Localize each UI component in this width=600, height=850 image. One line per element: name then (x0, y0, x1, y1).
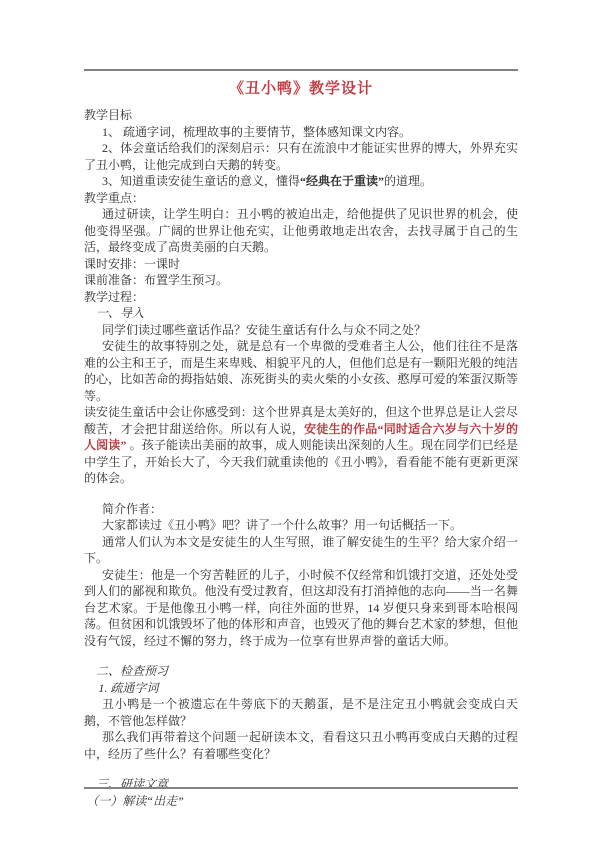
page-bottom-rule (84, 787, 518, 789)
paragraph: 简介作者： (84, 501, 518, 518)
paragraph: 安徒生：他是一个穷苦鞋匠的儿子，小时候不仅经常和饥饿打交道，还处处受到人们的鄙视… (84, 567, 518, 650)
document-title: 《丑小鸭》教学设计 (84, 79, 518, 99)
text-segment: （一）解读“出走” (86, 794, 183, 808)
paragraph: 课时安排：一课时 (84, 256, 518, 273)
paragraph: 教学过程： (84, 289, 518, 306)
text-segment: 简介作者： (102, 502, 162, 516)
text-segment: 大家都读过《丑小鸭》吧？讲了一个什么故事？用一句话概括一下。 (102, 518, 462, 532)
document-page: 《丑小鸭》教学设计 教学目标1、 疏通字词，梳理故事的主要情节，整体感知课文内容… (0, 0, 600, 850)
text-segment: 3、知道重读安徒生童话的意义，懂得 (102, 174, 300, 188)
paragraph: 同学们读过哪些童话作品？安徒生童话有什么与众不同之处？ (84, 322, 518, 339)
paragraph: 二、检查预习 (84, 663, 518, 680)
paragraph: 1、 疏通字词，梳理故事的主要情节，整体感知课文内容。 (84, 124, 518, 141)
paragraph: 安徒生的故事特别之处，就是总有一个卑微的受难者主人公，他们往往不是落难的公主和王… (84, 338, 518, 404)
text-segment: 课前准备：布置学生预习。 (84, 273, 228, 287)
paragraph: 3、知道重读安徒生童话的意义，懂得“经典在于重读”的道理。 (84, 173, 518, 190)
paragraph: 大家都读过《丑小鸭》吧？讲了一个什么故事？用一句话概括一下。 (84, 517, 518, 534)
paragraph: （一）解读“出走” (84, 793, 518, 810)
text-segment: 1、 疏通字词，梳理故事的主要情节，整体感知课文内容。 (102, 125, 411, 139)
text-segment: 。孩子能读出美丽的故事，成人则能读出深刻的人生。现在同学们已经是中学生了，开始长… (84, 438, 518, 485)
text-segment: 安徒生：他是一个穷苦鞋匠的儿子，小时候不仅经常和饥饿打交道，还处处受到人们的鄙视… (84, 568, 518, 648)
paragraph: 丑小鸭是一个被遗忘在牛蒡底下的天鹅蛋，是不是注定丑小鸭就会变成白天鹅，不管他怎样… (84, 696, 518, 729)
text-segment: 教学过程： (84, 290, 144, 304)
paragraph: 教学目标 (84, 107, 518, 124)
paragraph-gap (84, 487, 518, 501)
document-content: 《丑小鸭》教学设计 教学目标1、 疏通字词，梳理故事的主要情节，整体感知课文内容… (84, 79, 518, 809)
paragraph: 一、导入 (84, 305, 518, 322)
text-segment: 课时安排：一课时 (84, 257, 180, 271)
text-segment: 丑小鸭是一个被遗忘在牛蒡底下的天鹅蛋，是不是注定丑小鸭就会变成白天鹅，不管他怎样… (84, 697, 518, 728)
text-segment: 的道理。 (384, 174, 432, 188)
paragraph: 通过研读，让学生明白：丑小鸭的被迫出走，给他提供了见识世界的机会，使他变得坚强。… (84, 206, 518, 256)
text-segment: “经典在于重读” (300, 174, 384, 188)
text-segment: 教学目标 (84, 108, 132, 122)
paragraph: 那么我们再带着这个问题一起研读本文，看看这只丑小鸭再变成白天鹅的过程中，经历了些… (84, 729, 518, 762)
document-body: 教学目标1、 疏通字词，梳理故事的主要情节，整体感知课文内容。2、体会童话给我们… (84, 107, 518, 809)
text-segment: 通过研读，让学生明白：丑小鸭的被迫出走，给他提供了见识世界的机会，使他变得坚强。… (84, 207, 518, 254)
paragraph: 2、体会童话给我们的深刻启示：只有在流浪中才能证实世界的博大，外界充实了丑小鸭，… (84, 140, 518, 173)
text-segment: 2、体会童话给我们的深刻启示：只有在流浪中才能证实世界的博大，外界充实了丑小鸭，… (84, 141, 518, 172)
paragraph-gap (84, 649, 518, 663)
text-segment: 1. 疏通字词 (98, 681, 158, 695)
page-top-rule (84, 69, 518, 71)
paragraph-gap (84, 762, 518, 776)
text-segment: 教学重点： (84, 191, 144, 205)
text-segment: 二、检查预习 (96, 664, 168, 678)
paragraph: 课前准备：布置学生预习。 (84, 272, 518, 289)
text-segment: 那么我们再带着这个问题一起研读本文，看看这只丑小鸭再变成白天鹅的过程中，经历了些… (84, 730, 518, 761)
text-segment: 同学们读过哪些童话作品？安徒生童话有什么与众不同之处？ (102, 323, 426, 337)
paragraph: 读安徒生童话中会让你感受到：这个世界真是太美好的，但这个世界总是让人尝尽酸苦，才… (84, 404, 518, 487)
text-segment: 一、导入 (96, 306, 144, 320)
text-segment: 安徒生的故事特别之处，就是总有一个卑微的受难者主人公，他们往往不是落难的公主和王… (84, 339, 518, 403)
paragraph: 三、研读文章 (84, 776, 518, 793)
text-segment: 通常人们认为本文是安徒生的人生写照，谁了解安徒生的生平？给大家介绍一下。 (84, 535, 518, 566)
paragraph: 教学重点： (84, 190, 518, 207)
paragraph: 通常人们认为本文是安徒生的人生写照，谁了解安徒生的生平？给大家介绍一下。 (84, 534, 518, 567)
paragraph: 1. 疏通字词 (84, 680, 518, 697)
